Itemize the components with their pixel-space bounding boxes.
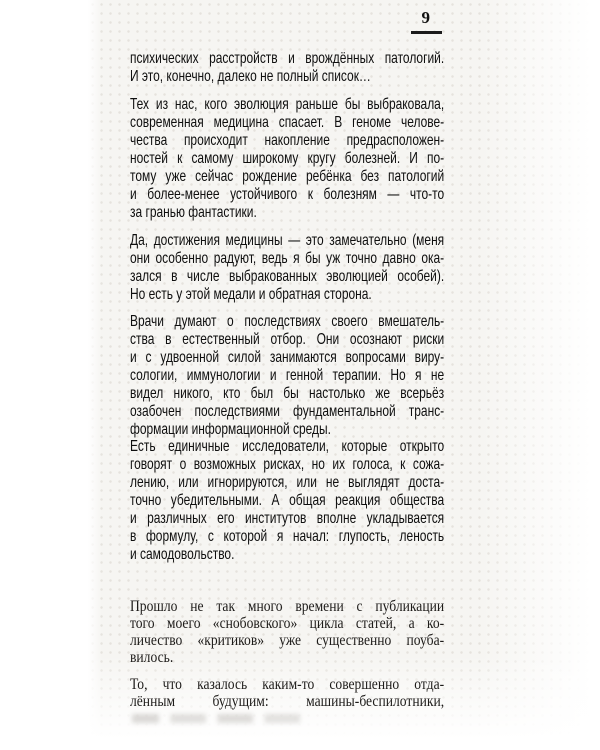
text-line: точно убедительными. А общая реакция общ… <box>130 492 444 510</box>
text-line: Врачи думают о последствиях своего вмеша… <box>130 313 444 331</box>
text-line: лённым будущим: машины-беспилотники, <box>130 693 444 710</box>
paragraph-text: Да, достижения медицины — это замечатель… <box>130 232 444 304</box>
book-page: 9 психических расстройств и врождённых п… <box>88 0 600 744</box>
text-line: тому уже сейчас рождение ребёнка без пат… <box>130 168 444 186</box>
page-number-rule <box>411 31 442 34</box>
text-line: и более-менее устойчивого к болезням — ч… <box>130 186 444 204</box>
text-line: Но есть у этой медали и обратная сторона… <box>130 286 444 304</box>
text-line: формации информационной среды. <box>130 421 444 439</box>
text-line: говорят о возможных рисках, но их голоса… <box>130 456 444 474</box>
paragraph-text: Прошло не так много времени с публикации… <box>130 598 444 666</box>
paragraph-sans: Да, достижения медицины — это замечатель… <box>130 232 550 304</box>
text-line: сологии, иммунологии и генной терапии. Н… <box>130 367 444 385</box>
text-line: вилось. <box>130 649 444 666</box>
text-line: ства в естественный отбор. Они осознают … <box>130 331 444 349</box>
paragraph-text: психических расстройств и врождённых пат… <box>130 50 444 86</box>
text-line: ностей к самому широкому кругу болезней.… <box>130 150 444 168</box>
paragraph-sans: Тех из нас, кого эволюция раньше бы выбр… <box>130 96 550 222</box>
text-line: И это, конечно, далеко не полный список… <box>130 68 444 86</box>
text-line: и различных его институтов вполне уклады… <box>130 510 444 528</box>
text-line: озабочен последствиями фундаментальной т… <box>130 403 444 421</box>
show-through-smudge <box>132 714 300 723</box>
paragraph-sans: Врачи думают о последствиях своего вмеша… <box>130 313 550 439</box>
text-line: личество «критиков» уже существенно поуб… <box>130 632 444 649</box>
text-line: и с удвоенной силой занимаются вопросами… <box>130 349 444 367</box>
text-line: в формулу, с которой я начал: глупость, … <box>130 528 444 546</box>
text-line: лению, или игнорируются, или не выглядят… <box>130 474 444 492</box>
text-line: зался в числе выбракованных эволюцией ос… <box>130 268 444 286</box>
text-line: Да, достижения медицины — это замечатель… <box>130 232 444 250</box>
text-line: того моего «снобовского» цикла статей, а… <box>130 615 444 632</box>
paragraph-serif: То, что казалось каким-то совершенно отд… <box>130 676 500 710</box>
paragraph-text: То, что казалось каким-то совершенно отд… <box>130 676 444 710</box>
text-line: современная медицина спасает. В геноме ч… <box>130 114 444 132</box>
paragraph-sans: Есть единичные исследователи, которые от… <box>130 438 550 564</box>
text-line: Есть единичные исследователи, которые от… <box>130 438 444 456</box>
text-line: Тех из нас, кого эволюция раньше бы выбр… <box>130 96 444 114</box>
paragraph-text: Врачи думают о последствиях своего вмеша… <box>130 313 444 439</box>
page-number: 9 <box>410 8 442 28</box>
paragraph-text: Тех из нас, кого эволюция раньше бы выбр… <box>130 96 444 222</box>
text-line: Прошло не так много времени с публикации <box>130 598 444 615</box>
paragraph-text: Есть единичные исследователи, которые от… <box>130 438 444 564</box>
text-line: и самодовольство. <box>130 546 444 564</box>
book-page-scan: 9 психических расстройств и врождённых п… <box>0 0 600 750</box>
text-line: за гранью фантастики. <box>130 204 444 222</box>
paragraph-serif: Прошло не так много времени с публикации… <box>130 598 500 666</box>
page-content: 9 психических расстройств и врождённых п… <box>88 0 600 744</box>
paragraph-sans: психических расстройств и врождённых пат… <box>130 50 550 86</box>
text-line: видел никого, кто был бы настолько же вс… <box>130 385 444 403</box>
text-line: они особенно радуют, ведь я бы уж точно … <box>130 250 444 268</box>
text-line: То, что казалось каким-то совершенно отд… <box>130 676 444 693</box>
text-line: психических расстройств и врождённых пат… <box>130 50 444 68</box>
text-line: чества происходит накопление предрасполо… <box>130 132 444 150</box>
